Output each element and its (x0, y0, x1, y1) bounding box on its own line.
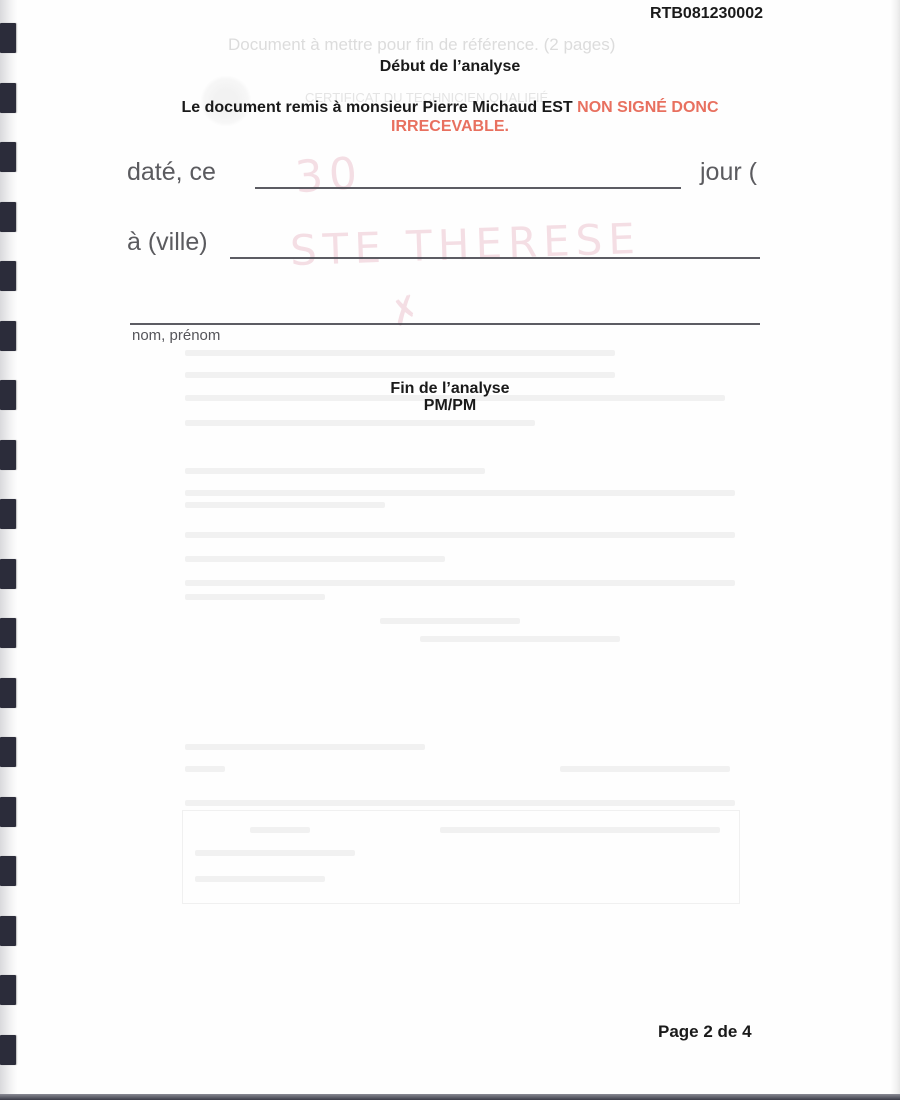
date-label: daté, ce (127, 158, 216, 187)
binder-hole (0, 678, 16, 708)
bleed-through-line (560, 766, 730, 772)
binder-holes (0, 0, 18, 1100)
page-number: Page 2 de 4 (658, 1022, 752, 1042)
bleed-through-line (380, 618, 520, 624)
binder-hole (0, 975, 16, 1005)
bleed-through-box (182, 810, 740, 904)
bleed-through-line (185, 556, 445, 562)
binder-hole (0, 321, 16, 351)
scan-bottom-edge (0, 1094, 900, 1100)
page-right-edge (890, 0, 900, 1100)
analysis-end-title: Fin de l’analyse (0, 380, 900, 397)
bleed-through-line (185, 766, 225, 772)
bleed-through-line (185, 502, 385, 508)
binder-hole (0, 261, 16, 291)
binder-hole (0, 440, 16, 470)
binder-hole (0, 142, 16, 172)
binder-hole (0, 916, 16, 946)
binder-hole (0, 83, 16, 113)
binder-hole (0, 797, 16, 827)
bleed-through-line (185, 468, 485, 474)
bleed-through-line (185, 490, 735, 496)
bleed-through-line (185, 532, 735, 538)
city-field-line (230, 257, 760, 259)
name-field-line (130, 323, 760, 325)
handwritten-city: STE THERESE (289, 214, 641, 275)
scanned-document-page: Document à mettre pour fin de référence.… (0, 0, 900, 1100)
date-suffix-label: jour ( (700, 158, 757, 187)
city-label: à (ville) (127, 228, 208, 257)
analysis-statement: Le document remis à monsieur Pierre Mich… (140, 98, 760, 136)
binder-hole (0, 202, 16, 232)
bleed-through-line (185, 372, 615, 378)
binder-hole (0, 856, 16, 886)
binder-hole (0, 499, 16, 529)
date-field-line (255, 187, 681, 189)
binder-hole (0, 737, 16, 767)
bleed-through-line (185, 800, 735, 806)
binder-hole (0, 618, 16, 648)
handwritten-signature-mark: ✗ (384, 285, 432, 336)
analysis-end-block: Fin de l’analyse PM/PM (0, 380, 900, 414)
analysis-initials: PM/PM (0, 397, 900, 414)
binder-hole (0, 23, 16, 53)
handwritten-day: 30 (293, 148, 364, 204)
statement-text: Le document remis à monsieur Pierre Mich… (181, 99, 577, 116)
bleed-through-line (420, 636, 620, 642)
bleed-through-top-line: Document à mettre pour fin de référence.… (228, 35, 615, 55)
reference-id: RTB081230002 (650, 5, 763, 23)
binder-hole (0, 1035, 16, 1065)
analysis-start-title: Début de l’analyse (0, 58, 900, 76)
bleed-through-line (185, 580, 735, 586)
bleed-through-line (185, 420, 535, 426)
bleed-through-line (185, 744, 425, 750)
bleed-through-line (185, 594, 325, 600)
bleed-through-line (185, 350, 615, 356)
name-label: nom, prénom (132, 327, 220, 344)
binder-hole (0, 559, 16, 589)
